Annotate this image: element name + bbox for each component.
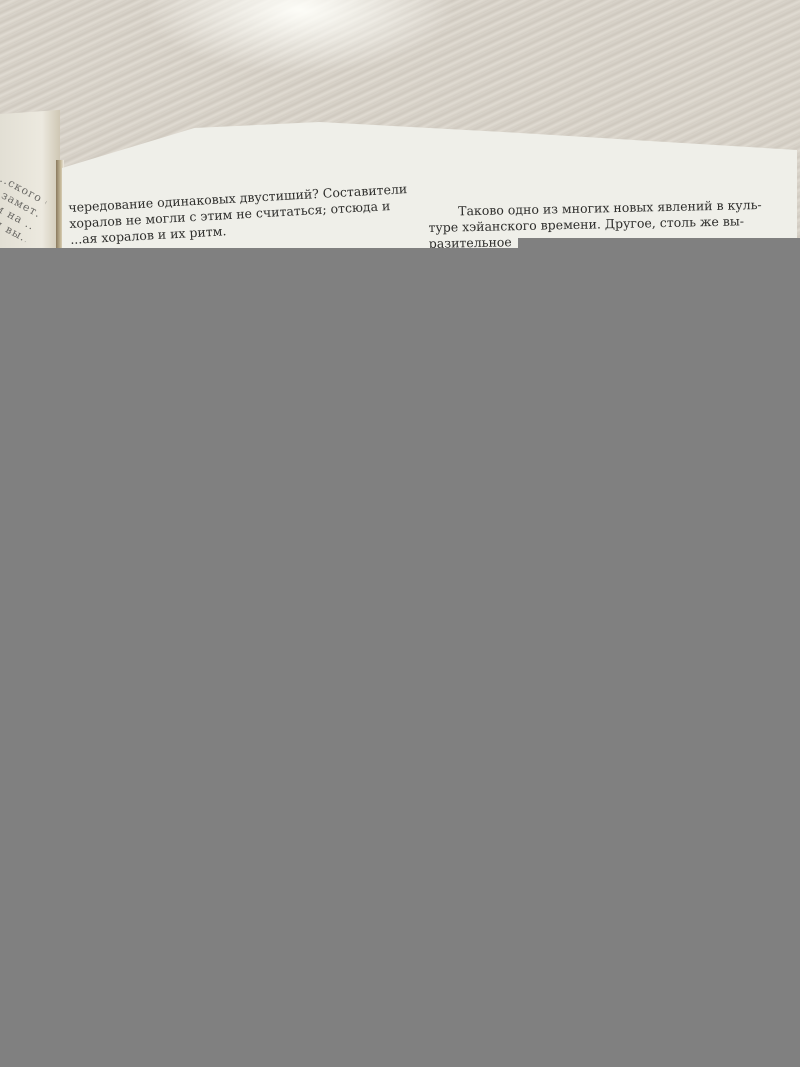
occluding-rectangle [0, 248, 800, 1067]
